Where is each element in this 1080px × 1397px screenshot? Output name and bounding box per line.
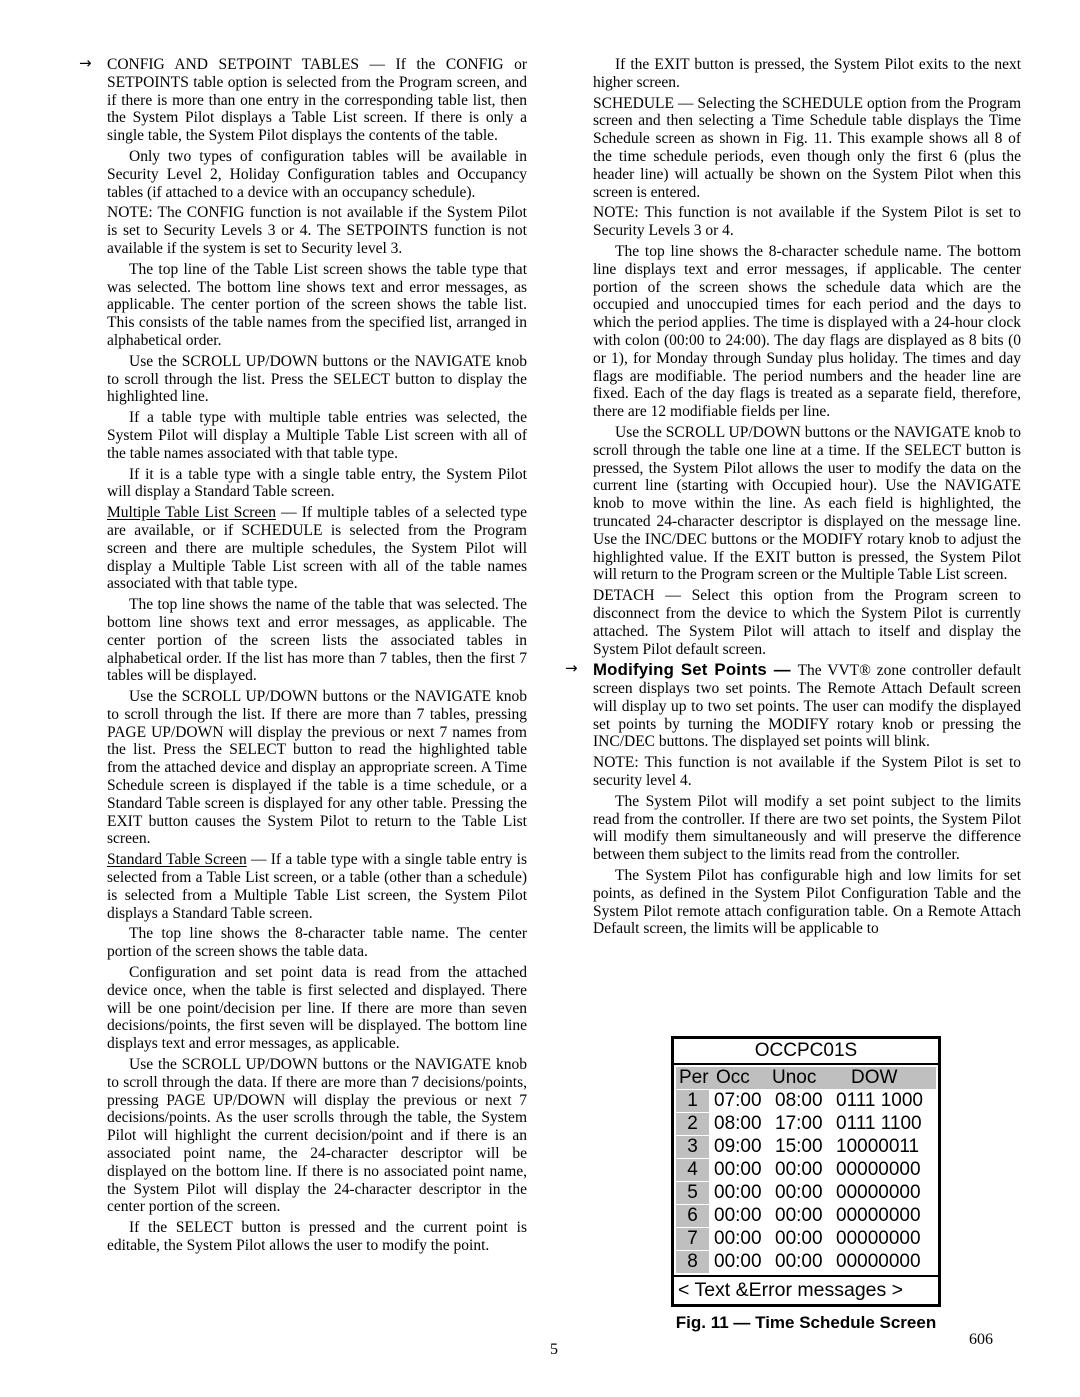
schedule-row: 600:0000:0000000000 — [676, 1205, 936, 1227]
paragraph: NOTE: The CONFIG function is not availab… — [107, 204, 527, 257]
occupied-time-cell: 07:00 — [714, 1090, 767, 1112]
paragraph: If the EXIT button is pressed, the Syste… — [593, 56, 1021, 92]
paragraph: The top line shows the name of the table… — [107, 596, 527, 685]
paragraph: Only two types of configuration tables w… — [107, 148, 527, 201]
schedule-row: 800:0000:0000000000 — [676, 1251, 936, 1273]
day-flags-cell: 00000000 — [836, 1159, 921, 1181]
screen-body: Per Occ Unoc DOW 107:0008:000111 1000208… — [674, 1065, 938, 1275]
paragraph: If a table type with multiple table entr… — [107, 409, 527, 462]
schedule-row: 309:0015:0010000011 — [676, 1136, 936, 1158]
occupied-time-cell: 08:00 — [714, 1113, 767, 1135]
schedule-row: 700:0000:0000000000 — [676, 1228, 936, 1250]
period-cell: 2 — [676, 1113, 709, 1135]
page-number: 5 — [550, 1341, 558, 1359]
left-text-column: →CONFIG AND SETPOINT TABLES — If the CON… — [107, 56, 527, 1258]
paragraph: The top line shows the 8-character sched… — [593, 243, 1021, 421]
right-text-column: If the EXIT button is pressed, the Syste… — [593, 56, 1021, 941]
system-pilot-screen: OCCPC01S Per Occ Unoc DOW 107:0008:00011… — [671, 1036, 941, 1307]
paragraph: If it is a table type with a single tabl… — [107, 466, 527, 502]
occupied-time-cell: 00:00 — [714, 1251, 767, 1273]
paragraph-lead: Modifying Set Points — — [593, 660, 798, 679]
schedule-row: 500:0000:0000000000 — [676, 1182, 936, 1204]
paragraph: Use the SCROLL UP/DOWN buttons or the NA… — [593, 424, 1021, 584]
day-flags-cell: 0111 1100 — [836, 1113, 922, 1135]
paragraph-lead: Multiple Table List Screen — [107, 504, 276, 521]
day-flags-cell: 00000000 — [836, 1182, 921, 1204]
unoccupied-time-cell: 00:00 — [775, 1182, 828, 1204]
period-cell: 5 — [676, 1182, 709, 1204]
paragraph: →Modifying Set Points — The VVT® zone co… — [593, 661, 1021, 751]
column-header-dow: DOW — [851, 1067, 897, 1089]
paragraph: SCHEDULE — Selecting the SCHEDULE option… — [593, 95, 1021, 202]
period-cell: 1 — [676, 1090, 709, 1112]
column-header-per: Per — [679, 1067, 709, 1089]
doc-number: 606 — [969, 1331, 993, 1349]
paragraph: Standard Table Screen — If a table type … — [107, 851, 527, 922]
paragraph: NOTE: This function is not available if … — [593, 754, 1021, 790]
paragraph: If the SELECT button is pressed and the … — [107, 1219, 527, 1255]
manual-page: →CONFIG AND SETPOINT TABLES — If the CON… — [0, 0, 1080, 1397]
unoccupied-time-cell: 00:00 — [775, 1228, 828, 1250]
period-cell: 8 — [676, 1251, 709, 1273]
period-cell: 4 — [676, 1159, 709, 1181]
paragraph: Multiple Table List Screen — If multiple… — [107, 504, 527, 593]
paragraph-lead: Standard Table Screen — [107, 851, 247, 868]
unoccupied-time-cell: 00:00 — [775, 1251, 828, 1273]
revision-arrow-icon: → — [565, 660, 578, 678]
screen-message-line: < Text &Error messages > — [674, 1275, 938, 1304]
schedule-row: 400:0000:0000000000 — [676, 1159, 936, 1181]
screen-header-row: Per Occ Unoc DOW — [676, 1067, 936, 1089]
paragraph: The System Pilot will modify a set point… — [593, 793, 1021, 864]
figure-caption: Fig. 11 — Time Schedule Screen — [636, 1313, 976, 1333]
unoccupied-time-cell: 00:00 — [775, 1159, 828, 1181]
day-flags-cell: 00000000 — [836, 1228, 921, 1250]
revision-arrow-icon: → — [79, 55, 92, 73]
day-flags-cell: 0111 1000 — [836, 1090, 923, 1112]
day-flags-cell: 00000000 — [836, 1205, 921, 1227]
occupied-time-cell: 00:00 — [714, 1205, 767, 1227]
occupied-time-cell: 00:00 — [714, 1228, 767, 1250]
unoccupied-time-cell: 00:00 — [775, 1205, 828, 1227]
paragraph: The top line shows the 8-character table… — [107, 925, 527, 961]
schedule-row: 208:0017:000111 1100 — [676, 1113, 936, 1135]
paragraph: The System Pilot has configurable high a… — [593, 867, 1021, 938]
period-cell: 3 — [676, 1136, 709, 1158]
unoccupied-time-cell: 15:00 — [775, 1136, 828, 1158]
paragraph: Use the SCROLL UP/DOWN buttons or the NA… — [107, 1056, 527, 1216]
column-header-occ: Occ — [716, 1067, 750, 1089]
unoccupied-time-cell: 08:00 — [775, 1090, 828, 1112]
paragraph: Configuration and set point data is read… — [107, 964, 527, 1053]
paragraph: →CONFIG AND SETPOINT TABLES — If the CON… — [107, 56, 527, 145]
occupied-time-cell: 00:00 — [714, 1159, 767, 1181]
occupied-time-cell: 09:00 — [714, 1136, 767, 1158]
paragraph: The top line of the Table List screen sh… — [107, 261, 527, 350]
unoccupied-time-cell: 17:00 — [775, 1113, 828, 1135]
figure-time-schedule: OCCPC01S Per Occ Unoc DOW 107:0008:00011… — [671, 1036, 941, 1333]
period-cell: 7 — [676, 1228, 709, 1250]
occupied-time-cell: 00:00 — [714, 1182, 767, 1204]
period-cell: 6 — [676, 1205, 709, 1227]
day-flags-cell: 10000011 — [836, 1136, 919, 1158]
paragraph: Use the SCROLL UP/DOWN buttons or the NA… — [107, 353, 527, 406]
column-header-unoc: Unoc — [772, 1067, 816, 1089]
screen-title: OCCPC01S — [674, 1039, 938, 1065]
day-flags-cell: 00000000 — [836, 1251, 921, 1273]
paragraph: DETACH — Select this option from the Pro… — [593, 587, 1021, 658]
paragraph: NOTE: This function is not available if … — [593, 204, 1021, 240]
schedule-row: 107:0008:000111 1000 — [676, 1090, 936, 1112]
paragraph: Use the SCROLL UP/DOWN buttons or the NA… — [107, 688, 527, 848]
